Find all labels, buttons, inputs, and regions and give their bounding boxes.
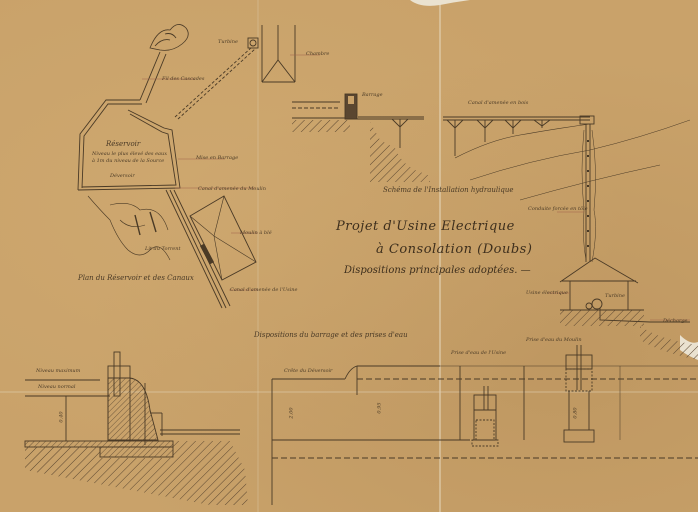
label-prise: Mise en Barrage	[196, 155, 238, 161]
label-reservoir: Réservoir	[106, 140, 140, 148]
label-barrage: Barrage	[362, 92, 383, 98]
barrage-section	[25, 345, 698, 505]
label-chambre: Chambre	[306, 51, 329, 57]
label-canal-amenee-moulin: Canal d'amenée du Moulin	[198, 186, 266, 192]
barrage-caption: Dispositions du barrage et des prises d'…	[254, 331, 408, 339]
label-reservoir-note-2: à 1m du niveau de la Source	[92, 158, 164, 164]
drawing-linework	[0, 0, 698, 512]
project-subtitle: Dispositions principales adoptées. —	[344, 265, 531, 276]
reservoir-plan	[78, 24, 258, 308]
label-niveau-maximum: Niveau maximum	[36, 368, 80, 374]
label-reservoir-note-1: Niveau le plus élevé des eaux	[92, 151, 167, 157]
label-usine: Usine électrique	[526, 290, 568, 296]
project-title-line2: à Consolation (Doubs)	[376, 242, 532, 257]
dimension-1: 0.40	[59, 411, 65, 422]
label-crete: Crête du Déversoir	[284, 368, 332, 374]
label-canal-usine: Canal d'amenée de l'Usine	[230, 287, 297, 293]
project-title-line1: Projet d'Usine Electrique	[336, 219, 515, 234]
paper-tear	[410, 0, 470, 6]
label-conduite: Conduite forcée en tôle	[528, 206, 588, 212]
label-niveau-normal: Niveau normal	[38, 384, 76, 390]
plan-caption: Plan du Réservoir et des Canaux	[78, 274, 194, 282]
label-moulin: Moulin à blé	[240, 230, 272, 236]
technical-drawing-sheet: Projet d'Usine Electrique à Consolation …	[0, 0, 698, 512]
label-prise-moulin: Prise d'eau du Moulin	[526, 337, 582, 343]
label-turbine: Turbine	[605, 293, 625, 299]
dimension-3: 0.95	[377, 402, 383, 413]
label-turbine-top: Turbine	[218, 39, 238, 45]
dimension-2: 2.00	[289, 407, 295, 418]
label-prise-usine: Prise d'eau de l'Usine	[451, 350, 506, 356]
label-decharge: Décharge	[663, 318, 688, 324]
schema-caption: Schéma de l'Installation hydraulique	[383, 186, 514, 194]
label-deversoir: Déversoir	[110, 173, 135, 179]
label-lit-torrent: Lit du Torrent	[145, 246, 180, 252]
label-source: Fil des Cascades	[162, 76, 204, 82]
label-canal-bois: Canal d'amenée en bois	[468, 100, 528, 106]
dimension-4: 0.80	[573, 407, 579, 418]
